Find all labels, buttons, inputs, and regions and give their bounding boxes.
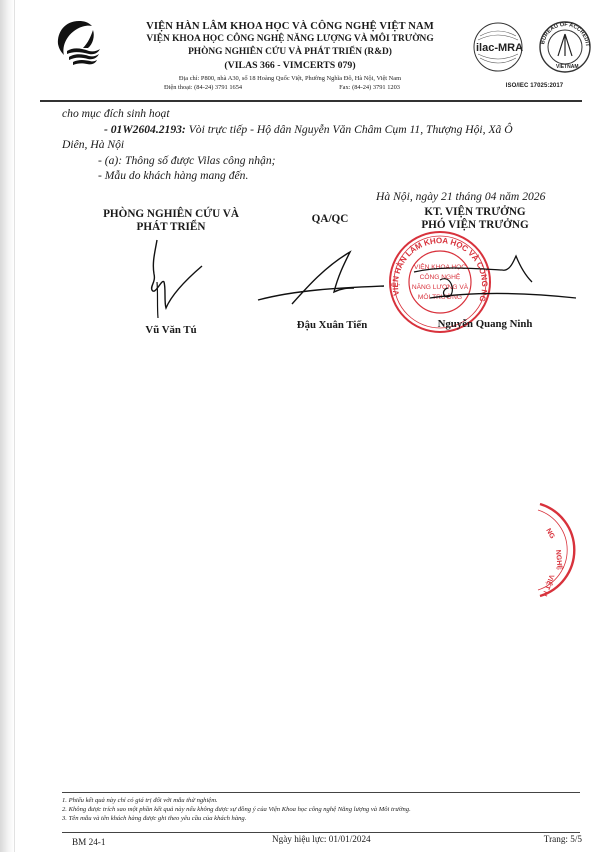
svg-text:NGHỆ: NGHỆ [554,549,565,570]
header-academy: VIỆN HÀN LÂM KHOA HỌC VÀ CÔNG NGHỆ VIỆT … [120,20,460,33]
footer-note: 1. Phiếu kết quả này chỉ có giá trị đối … [62,796,582,805]
accreditation-badges: ilac-MRA BUREAU OF ACCREDITATION VIETNAM [470,18,595,78]
signature-nguyen-quang-ninh [410,250,580,310]
svg-text:VIỆT N: VIỆT N [540,573,556,597]
footer-divider-bottom [62,832,580,833]
header-phone: Điện thoại: (84-24) 3791 1654 [164,84,242,93]
footer-notes: 1. Phiếu kết quả này chỉ có giá trị đối … [62,796,582,823]
signing-date: Hà Nội, ngày 21 tháng 04 năm 2026 [376,190,545,203]
document-header: VIỆN HÀN LÂM KHOA HỌC VÀ CÔNG NGHỆ VIỆT … [120,20,460,92]
seam-stamp-partial: NG NGHỆ VIỆT N [536,500,576,600]
institute-logo-icon [55,18,103,68]
ilac-mra-icon: ilac-MRA [474,23,523,71]
signature-title-qaqc: QA/QC [290,213,370,226]
header-contacts: Điện thoại: (84-24) 3791 1654 Fax: (84-2… [120,84,460,93]
header-accreditation: (VILAS 366 - VIMCERTS 079) [120,59,460,73]
sample-line: - 01W2604.2193: Vòi trực tiếp - Hộ dân N… [62,122,582,138]
footer-bar: BM 24-1 Ngày hiệu lực: 01/01/2024 Trang:… [62,834,582,850]
svg-text:NG: NG [544,528,556,541]
signature-vu-van-tu [130,238,210,320]
signature-title-line: QA/QC [290,213,370,226]
header-department: PHÒNG NGHIÊN CỨU VÀ PHÁT TRIỂN (R&D) [120,46,460,59]
header-fax: Fax: (84-24) 3791 1203 [339,84,400,93]
iso-standard-label: ISO/IEC 17025:2017 [472,83,597,89]
purpose-line: cho mục đích sinh hoạt [62,106,582,122]
sample-code: - 01W2604.2193: [104,123,186,136]
signer-name-3: Nguyễn Quang Ninh [420,318,550,330]
header-divider [40,100,582,102]
footer-note: 3. Tên mẫu và tên khách hàng được ghi th… [62,814,582,823]
sample-description: Vòi trực tiếp - Hộ dân Nguyễn Văn Châm C… [186,123,513,136]
svg-text:ilac-MRA: ilac-MRA [476,42,523,54]
header-address: Địa chỉ: P800, nhà A30, số 18 Hoàng Quốc… [120,75,460,84]
header-institute: VIỆN KHOA HỌC CÔNG NGHỆ NĂNG LƯỢNG VÀ MÔ… [120,33,460,46]
signer-name-2: Đậu Xuân Tiến [272,319,392,331]
document-body: cho mục đích sinh hoạt - 01W2604.2193: V… [62,106,582,184]
form-code: BM 24-1 [72,837,105,847]
page-number: Trang: 5/5 [544,834,582,844]
sample-description-cont: Diên, Hà Nội [62,137,582,153]
signature-title-rnd: PHÒNG NGHIÊN CỨU VÀ PHÁT TRIỂN [86,208,256,234]
signature-dau-xuan-tien [256,246,396,306]
note-a: - (a): Thông số được Vilas công nhận; [62,153,582,169]
effective-date: Ngày hiệu lực: 01/01/2024 [272,834,371,844]
signature-title-line: KT. VIỆN TRƯỞNG [400,206,550,219]
page-edge-line [14,0,15,852]
signer-name-1: Vũ Văn Tú [116,324,226,336]
signature-title-line: PHÒNG NGHIÊN CỨU VÀ [86,208,256,221]
footer-note: 2. Không được trích sao một phần kết quả… [62,805,582,814]
page-edge-shadow [0,0,14,852]
signature-title-line: PHÁT TRIỂN [86,221,256,234]
footer-divider [62,792,580,793]
note-b: - Mẫu do khách hàng mang đến. [62,168,582,184]
svg-text:VIETNAM: VIETNAM [556,64,579,70]
